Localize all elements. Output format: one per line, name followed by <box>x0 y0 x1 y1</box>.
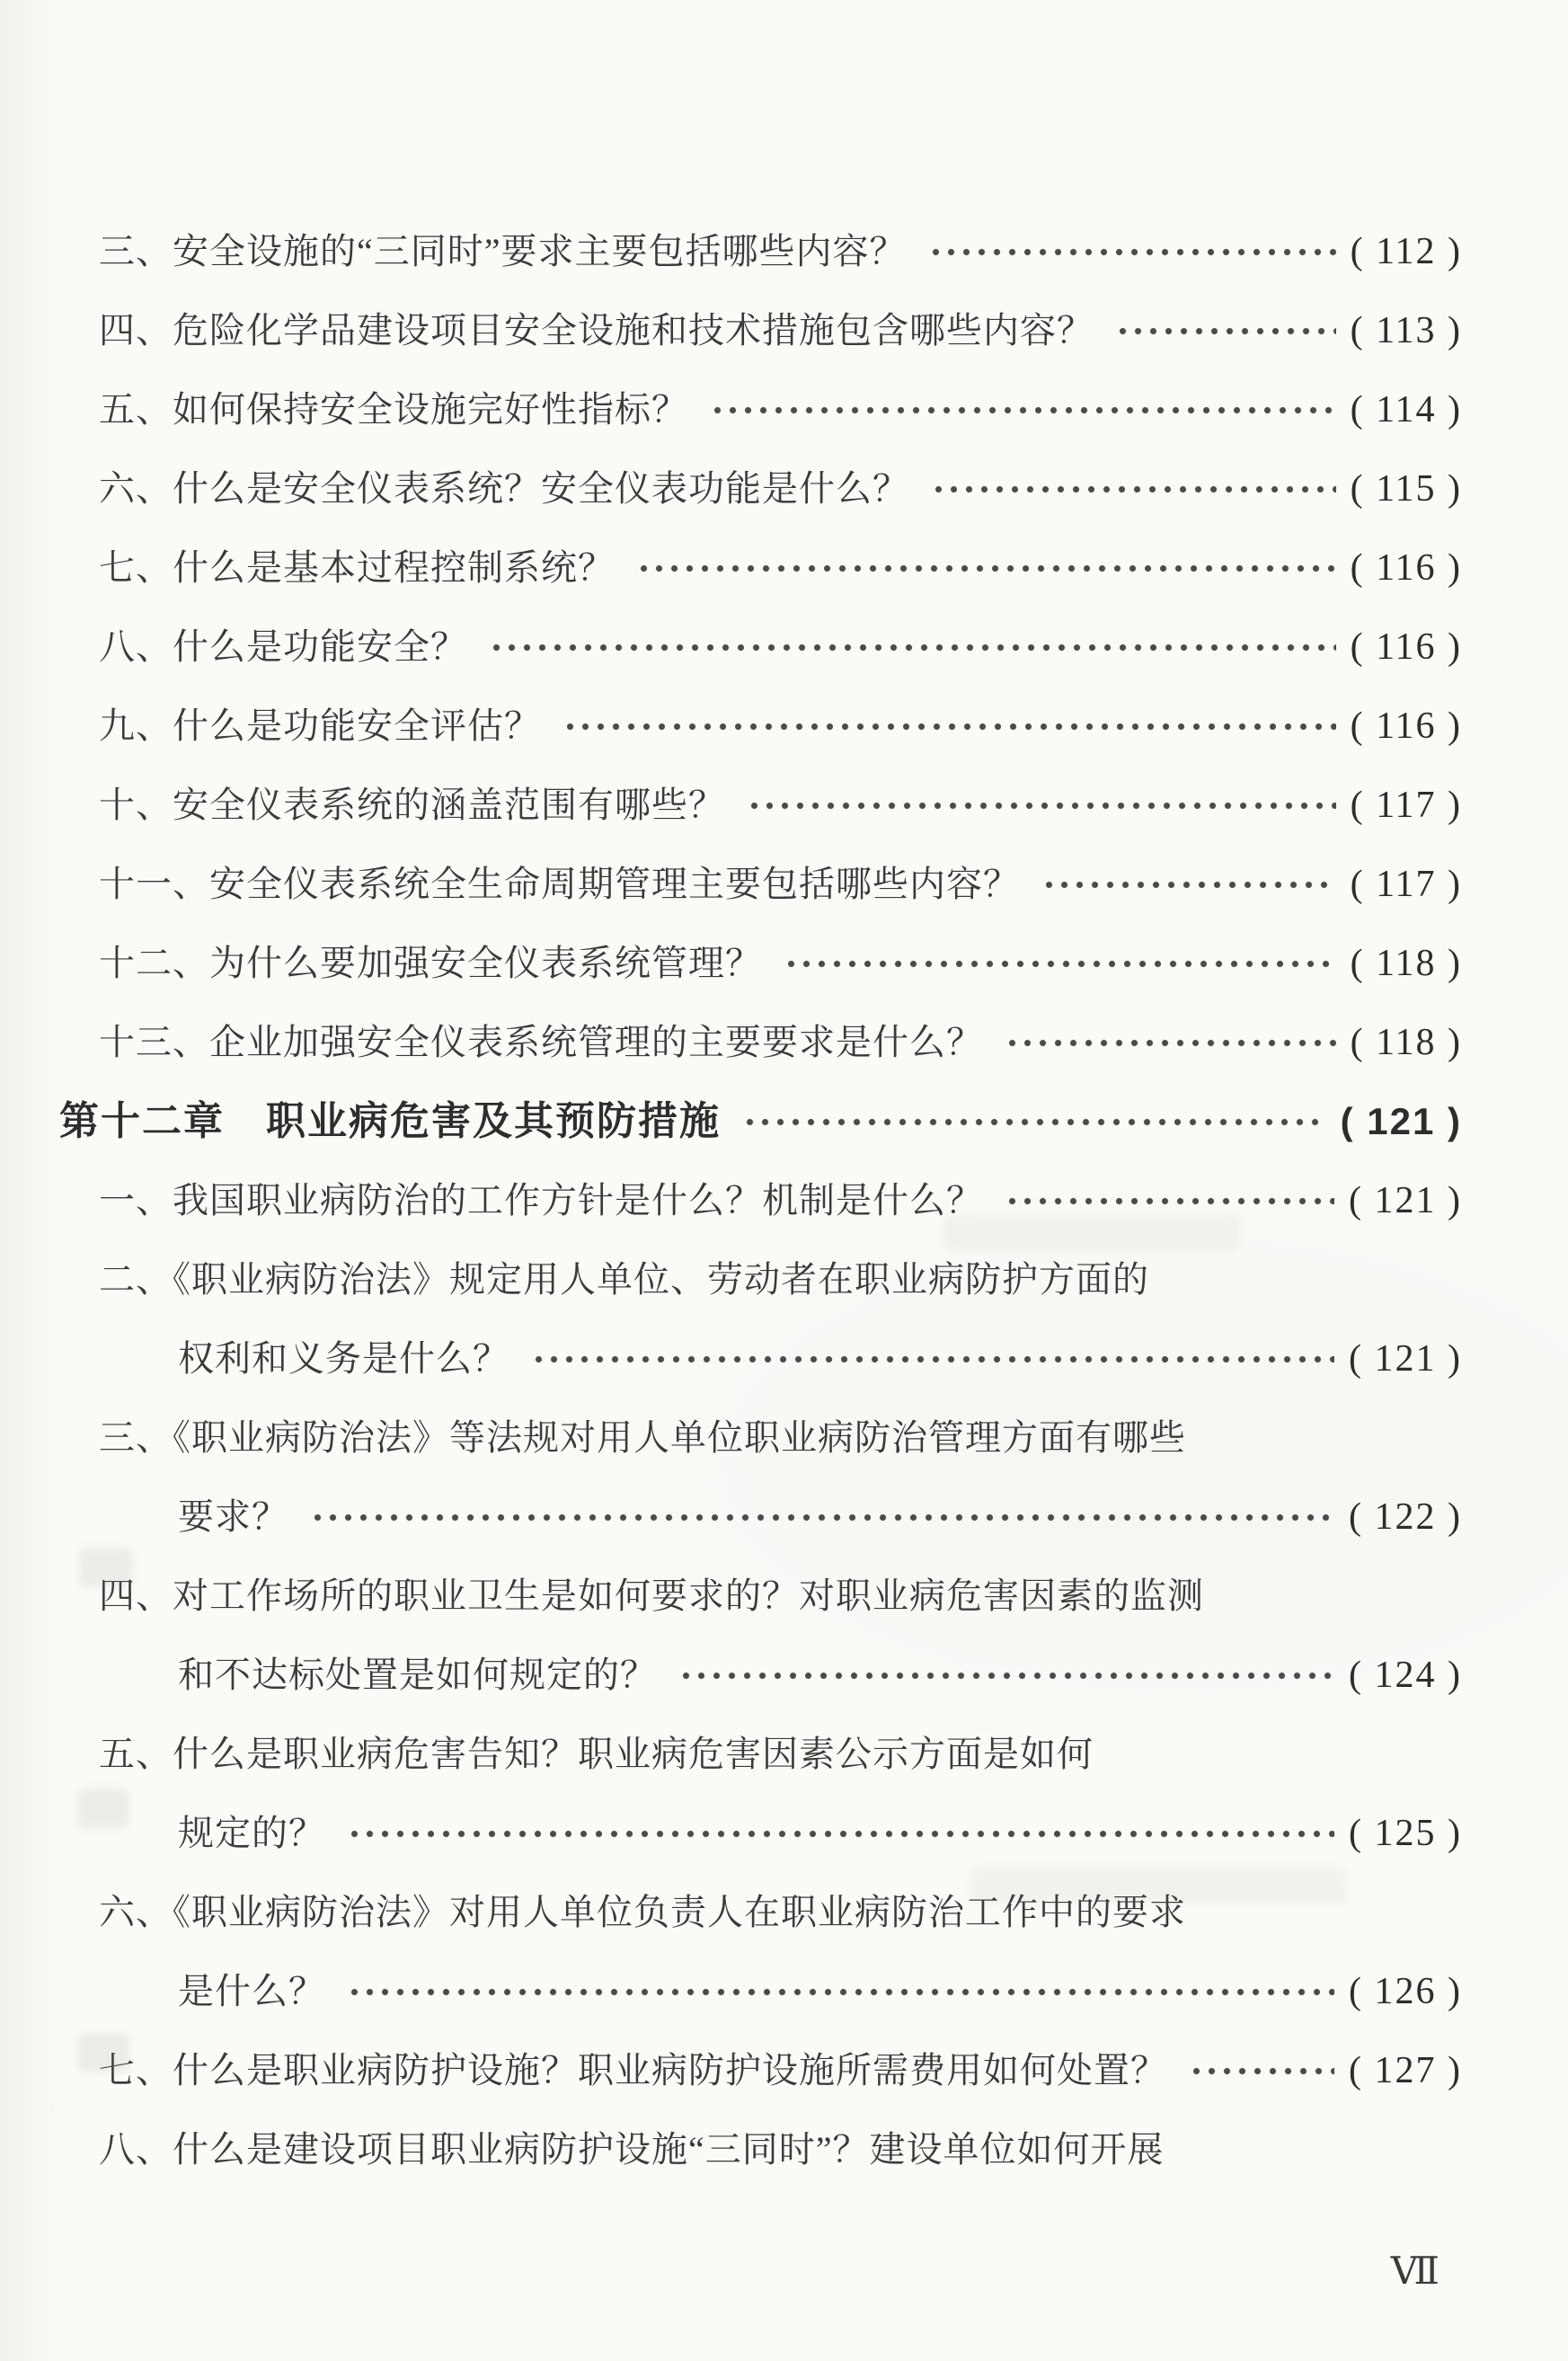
toc-scan-page: 三、安全设施的“三同时”要求主要包括哪些内容？( 112 )四、危险化学品建设项… <box>0 0 1568 2361</box>
toc-page-number: ( 116 ) <box>1351 628 1462 666</box>
page-footer-number: Ⅶ <box>1391 2249 1440 2294</box>
toc-entry-text: 八、什么是建设项目职业病防护设施“三同时”？建设单位如何开展 <box>99 2132 1165 2168</box>
toc-entry-text: 八、什么是功能安全？ <box>99 629 467 665</box>
toc-entry-text: 十、安全仪表系统的涵盖范围有哪些？ <box>99 787 725 823</box>
dot-leader <box>747 766 1336 845</box>
toc-entry-text: 十三、企业加强安全仪表系统管理的主要要求是什么？ <box>99 1025 983 1061</box>
toc-item-row: 规定的？( 125 ) <box>0 1794 1568 1873</box>
toc-page-number: ( 116 ) <box>1351 707 1462 745</box>
dot-leader <box>1189 2031 1334 2110</box>
toc-item-row: 十三、企业加强安全仪表系统管理的主要要求是什么？( 118 ) <box>0 1003 1568 1082</box>
toc-page-number: ( 117 ) <box>1351 786 1462 824</box>
toc-item-row: 二、《职业病防治法》规定用人单位、劳动者在职业病防护方面的 <box>0 1240 1568 1319</box>
toc-page-number: ( 113 ) <box>1351 312 1462 350</box>
dot-leader <box>1005 1003 1336 1082</box>
toc-page-number: ( 112 ) <box>1351 233 1462 271</box>
toc-list: 三、安全设施的“三同时”要求主要包括哪些内容？( 112 )四、危险化学品建设项… <box>0 212 1568 2189</box>
toc-item-row: 十一、安全仪表系统全生命周期管理主要包括哪些内容？( 117 ) <box>0 845 1568 924</box>
toc-item-row: 六、什么是安全仪表系统？安全仪表功能是什么？( 115 ) <box>0 449 1568 528</box>
toc-entry-text: 和不达标处置是如何规定的？ <box>178 1657 657 1693</box>
toc-entry-text: 七、什么是职业病防护设施？职业病防护设施所需费用如何处置？ <box>99 2053 1167 2089</box>
dot-leader <box>1005 1161 1334 1240</box>
toc-item-row: 四、危险化学品建设项目安全设施和技术措施包含哪些内容？( 113 ) <box>0 291 1568 370</box>
toc-item-row: 十、安全仪表系统的涵盖范围有哪些？( 117 ) <box>0 766 1568 845</box>
toc-page-number: ( 118 ) <box>1351 945 1462 982</box>
toc-entry-text: 十一、安全仪表系统全生命周期管理主要包括哪些内容？ <box>99 866 1020 902</box>
toc-entry-text: 三、安全设施的“三同时”要求主要包括哪些内容？ <box>99 234 907 270</box>
toc-page-number: ( 121 ) <box>1349 1182 1462 1220</box>
toc-page-number: ( 117 ) <box>1351 865 1462 903</box>
toc-page-number: ( 115 ) <box>1351 470 1462 508</box>
dot-leader <box>636 528 1336 608</box>
dot-leader <box>310 1478 1334 1557</box>
toc-chapter-row: 第十二章 职业病危害及其预防措施( 121 ) <box>0 1082 1568 1161</box>
toc-item-row: 五、如何保持安全设施完好性指标？( 114 ) <box>0 370 1568 449</box>
toc-page-number: ( 124 ) <box>1349 1656 1462 1694</box>
toc-item-row: 四、对工作场所的职业卫生是如何要求的？对职业病危害因素的监测 <box>0 1557 1568 1636</box>
toc-entry-text: 权利和义务是什么？ <box>178 1341 509 1377</box>
toc-item-row: 要求？( 122 ) <box>0 1478 1568 1557</box>
toc-entry-text: 七、什么是基本过程控制系统？ <box>99 550 615 586</box>
toc-page-number: ( 121 ) <box>1341 1103 1462 1141</box>
toc-entry-text: 五、如何保持安全设施完好性指标？ <box>99 392 688 428</box>
toc-entry-text: 一、我国职业病防治的工作方针是什么？机制是什么？ <box>99 1183 983 1219</box>
toc-entry-text: 四、对工作场所的职业卫生是如何要求的？对职业病危害因素的监测 <box>99 1578 1204 1614</box>
toc-entry-text: 规定的？ <box>178 1815 325 1851</box>
toc-item-row: 五、什么是职业病危害告知？职业病危害因素公示方面是如何 <box>0 1715 1568 1794</box>
toc-item-row: 八、什么是功能安全？( 116 ) <box>0 608 1568 687</box>
chapter-title: 第十二章 职业病危害及其预防措施 <box>59 1102 721 1141</box>
toc-item-row: 是什么？( 126 ) <box>0 1952 1568 2031</box>
toc-item-row: 六、《职业病防治法》对用人单位负责人在职业病防治工作中的要求 <box>0 1873 1568 1952</box>
toc-entry-text: 十二、为什么要加强安全仪表系统管理？ <box>99 945 762 981</box>
dot-leader <box>931 449 1336 528</box>
dot-leader <box>489 608 1336 687</box>
toc-item-row: 和不达标处置是如何规定的？( 124 ) <box>0 1636 1568 1715</box>
toc-entry-text: 二、《职业病防治法》规定用人单位、劳动者在职业病防护方面的 <box>99 1262 1149 1298</box>
toc-entry-text: 六、什么是安全仪表系统？安全仪表功能是什么？ <box>99 471 909 507</box>
dot-leader <box>742 1082 1326 1161</box>
toc-entry-text: 要求？ <box>178 1499 288 1535</box>
dot-leader <box>531 1319 1334 1398</box>
dot-leader <box>1041 845 1336 924</box>
dot-leader <box>928 212 1336 291</box>
toc-item-row: 九、什么是功能安全评估？( 116 ) <box>0 687 1568 766</box>
dot-leader <box>1115 291 1336 370</box>
toc-page-number: ( 116 ) <box>1351 549 1462 587</box>
toc-item-row: 七、什么是基本过程控制系统？( 116 ) <box>0 528 1568 608</box>
toc-page-number: ( 114 ) <box>1351 391 1462 429</box>
toc-item-row: 三、安全设施的“三同时”要求主要包括哪些内容？( 112 ) <box>0 212 1568 291</box>
toc-item-row: 一、我国职业病防治的工作方针是什么？机制是什么？( 121 ) <box>0 1161 1568 1240</box>
toc-entry-text: 是什么？ <box>178 1974 325 2010</box>
dot-leader <box>678 1636 1334 1715</box>
toc-page-number: ( 121 ) <box>1349 1340 1462 1378</box>
toc-page-number: ( 118 ) <box>1351 1024 1462 1061</box>
toc-page-number: ( 126 ) <box>1349 1973 1462 2010</box>
dot-leader <box>710 370 1336 449</box>
toc-entry-text: 五、什么是职业病危害告知？职业病危害因素公示方面是如何 <box>99 1736 1094 1772</box>
dot-leader <box>784 924 1336 1003</box>
toc-entry-text: 三、《职业病防治法》等法规对用人单位职业病防治管理方面有哪些 <box>99 1420 1186 1456</box>
toc-item-row: 八、什么是建设项目职业病防护设施“三同时”？建设单位如何开展 <box>0 2110 1568 2189</box>
dot-leader <box>347 1952 1334 2031</box>
toc-entry-text: 六、《职业病防治法》对用人单位负责人在职业病防治工作中的要求 <box>99 1895 1186 1931</box>
toc-item-row: 七、什么是职业病防护设施？职业病防护设施所需费用如何处置？( 127 ) <box>0 2031 1568 2110</box>
toc-entry-text: 九、什么是功能安全评估？ <box>99 708 541 744</box>
toc-item-row: 三、《职业病防治法》等法规对用人单位职业病防治管理方面有哪些 <box>0 1398 1568 1478</box>
toc-page-number: ( 122 ) <box>1349 1498 1462 1536</box>
toc-item-row: 十二、为什么要加强安全仪表系统管理？( 118 ) <box>0 924 1568 1003</box>
dot-leader <box>347 1794 1334 1873</box>
toc-page-number: ( 127 ) <box>1349 2052 1462 2090</box>
toc-page-number: ( 125 ) <box>1349 1815 1462 1852</box>
toc-item-row: 权利和义务是什么？( 121 ) <box>0 1319 1568 1398</box>
dot-leader <box>563 687 1336 766</box>
toc-entry-text: 四、危险化学品建设项目安全设施和技术措施包含哪些内容？ <box>99 313 1094 349</box>
